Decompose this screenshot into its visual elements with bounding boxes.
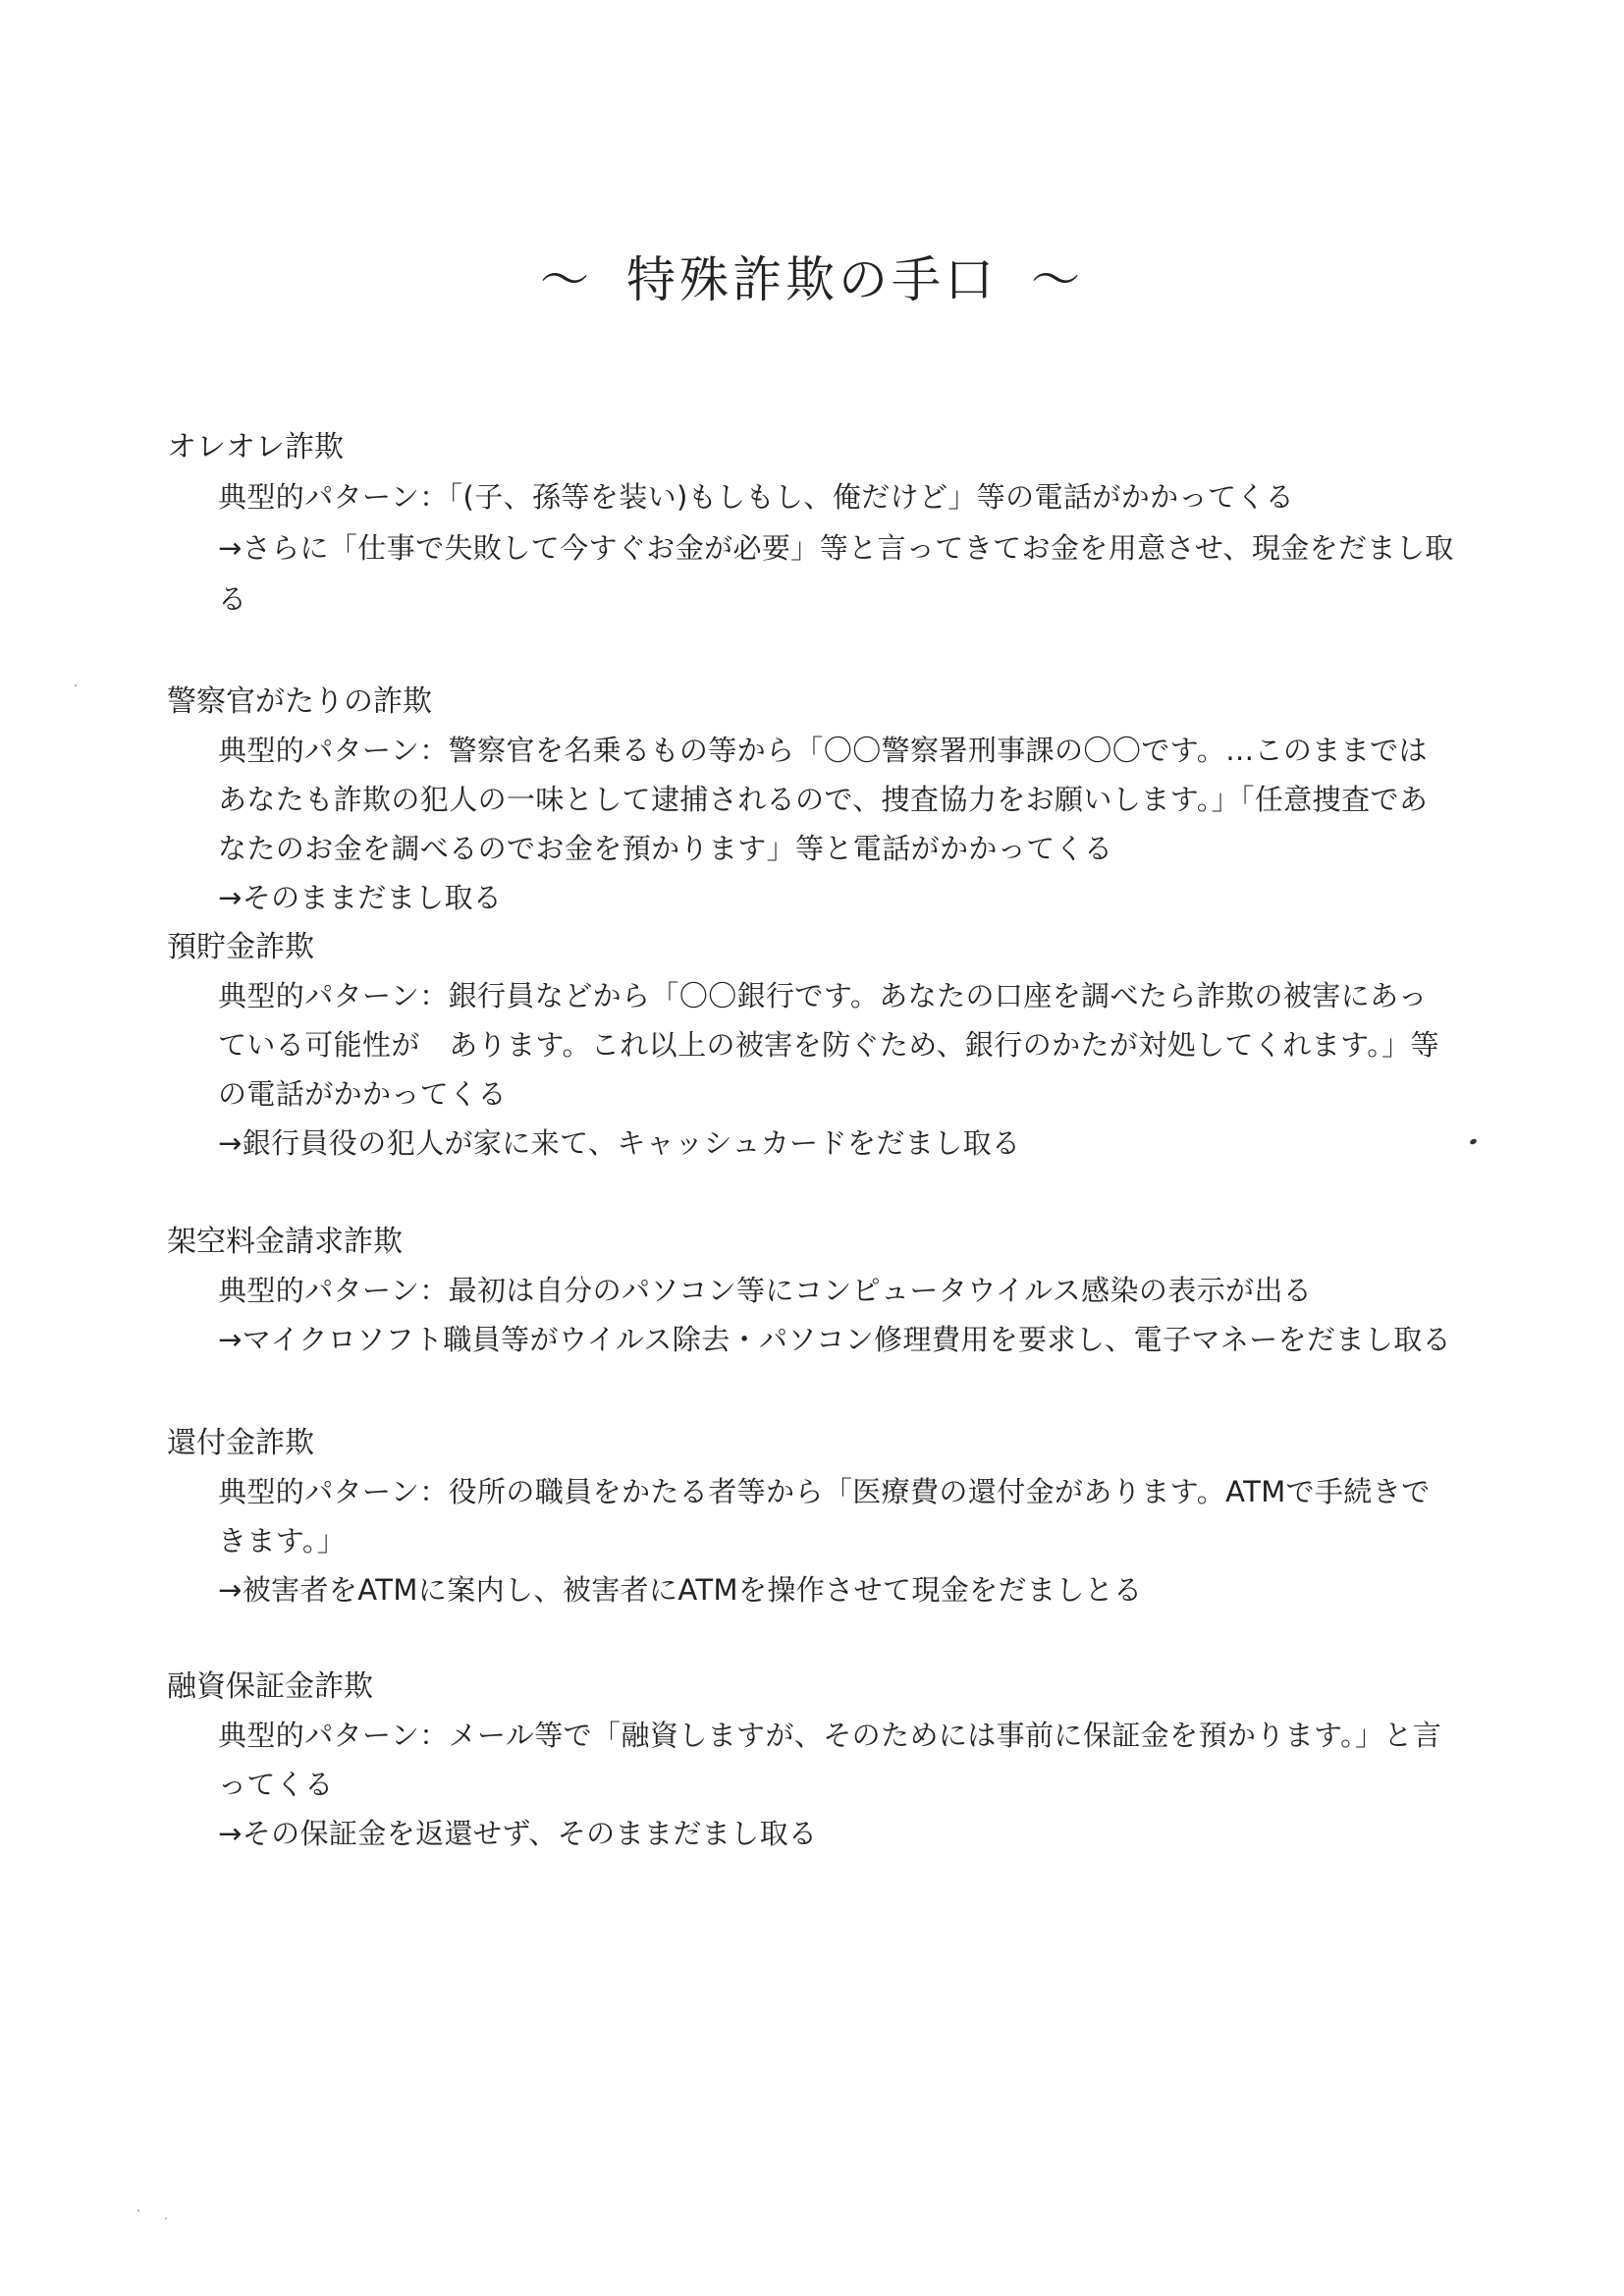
section-line: の電話がかかってくる — [218, 1069, 1542, 1119]
section-heading: 融資保証金詐欺 — [167, 1664, 1542, 1711]
section-line: 典型的パターン：メール等で「融資しますが、そのためには事前に保証金を預かります。… — [218, 1711, 1542, 1760]
section-line: →その保証金を返還せず、そのままだまし取る — [218, 1809, 1542, 1858]
title-prefix-tilde: ～ — [540, 246, 593, 314]
section-line: なたのお金を調べるのでお金を預かります」等と電話がかかってくる — [218, 824, 1542, 873]
scan-speck — [75, 684, 77, 686]
section-loan-guarantee-fraud: 融資保証金詐欺 典型的パターン：メール等で「融資しますが、そのためには事前に保証… — [167, 1664, 1542, 1858]
section-line: →銀行員役の犯人が家に来て、キャッシュカードをだまし取る — [218, 1119, 1542, 1168]
section-line: →そのままだまし取る — [218, 873, 1542, 922]
section-line: →マイクロソフト職員等がウイルス除去・パソコン修理費用を要求し、電子マネーをだま… — [218, 1315, 1542, 1364]
section-line: 典型的パターン：警察官を名乗るもの等から「〇〇警察署刑事課の〇〇です。…このまま… — [218, 726, 1542, 775]
section-refund-fraud: 還付金詐欺 典型的パターン：役所の職員をかたる者等から「医療費の還付金があります… — [167, 1420, 1542, 1614]
section-line: 典型的パターン：「(子、孫等を装い)もしもし、俺だけど」等の電話がかかってくる — [218, 471, 1542, 522]
section-fictitious-billing: 架空料金請求詐欺 典型的パターン：最初は自分のパソコン等にコンピュータウイルス感… — [167, 1219, 1542, 1364]
section-savings-fraud: 預貯金詐欺 典型的パターン：銀行員などから「〇〇銀行です。あなたの口座を調べたら… — [167, 924, 1542, 1168]
section-line: 典型的パターン：最初は自分のパソコン等にコンピュータウイルス感染の表示が出る — [218, 1266, 1542, 1315]
section-line: きます。」 — [218, 1516, 1542, 1565]
section-line: ている可能性が あります。これ以上の被害を防ぐため、銀行のかたが対処してくれます… — [218, 1020, 1542, 1069]
title-text: 特殊詐欺の手口 — [626, 251, 998, 308]
page-title: ～特殊詐欺の手口～ — [0, 246, 1624, 314]
title-suffix-tilde: ～ — [1031, 246, 1084, 314]
section-line: →被害者をATMに案内し、被害者にATMを操作させて現金をだましとる — [218, 1565, 1542, 1614]
section-line: 典型的パターン：銀行員などから「〇〇銀行です。あなたの口座を調べたら詐欺の被害に… — [218, 971, 1542, 1020]
section-line: 典型的パターン：役所の職員をかたる者等から「医療費の還付金があります。ATMで手… — [218, 1467, 1542, 1516]
scan-speck — [165, 2217, 167, 2219]
section-heading: 架空料金請求詐欺 — [167, 1219, 1542, 1266]
section-line: →さらに「仕事で失敗して今すぐお金が必要」等と言ってきてお金を用意させ、現金をだ… — [218, 522, 1542, 574]
section-heading: 還付金詐欺 — [167, 1420, 1542, 1467]
scan-speck — [137, 2210, 139, 2212]
section-line: あなたも詐欺の犯人の一味として逮捕されるので、捜査協力をお願いします。」「任意捜… — [218, 775, 1542, 824]
section-ore-ore: オレオレ詐欺 典型的パターン：「(子、孫等を装い)もしもし、俺だけど」等の電話が… — [167, 424, 1542, 625]
section-heading: オレオレ詐欺 — [167, 424, 1542, 471]
section-police-impersonation: 警察官がたりの詐欺 典型的パターン：警察官を名乗るもの等から「〇〇警察署刑事課の… — [167, 679, 1542, 922]
section-heading: 預貯金詐欺 — [167, 924, 1542, 971]
section-heading: 警察官がたりの詐欺 — [167, 679, 1542, 726]
section-line: ってくる — [218, 1760, 1542, 1809]
section-line: る — [218, 574, 1542, 625]
